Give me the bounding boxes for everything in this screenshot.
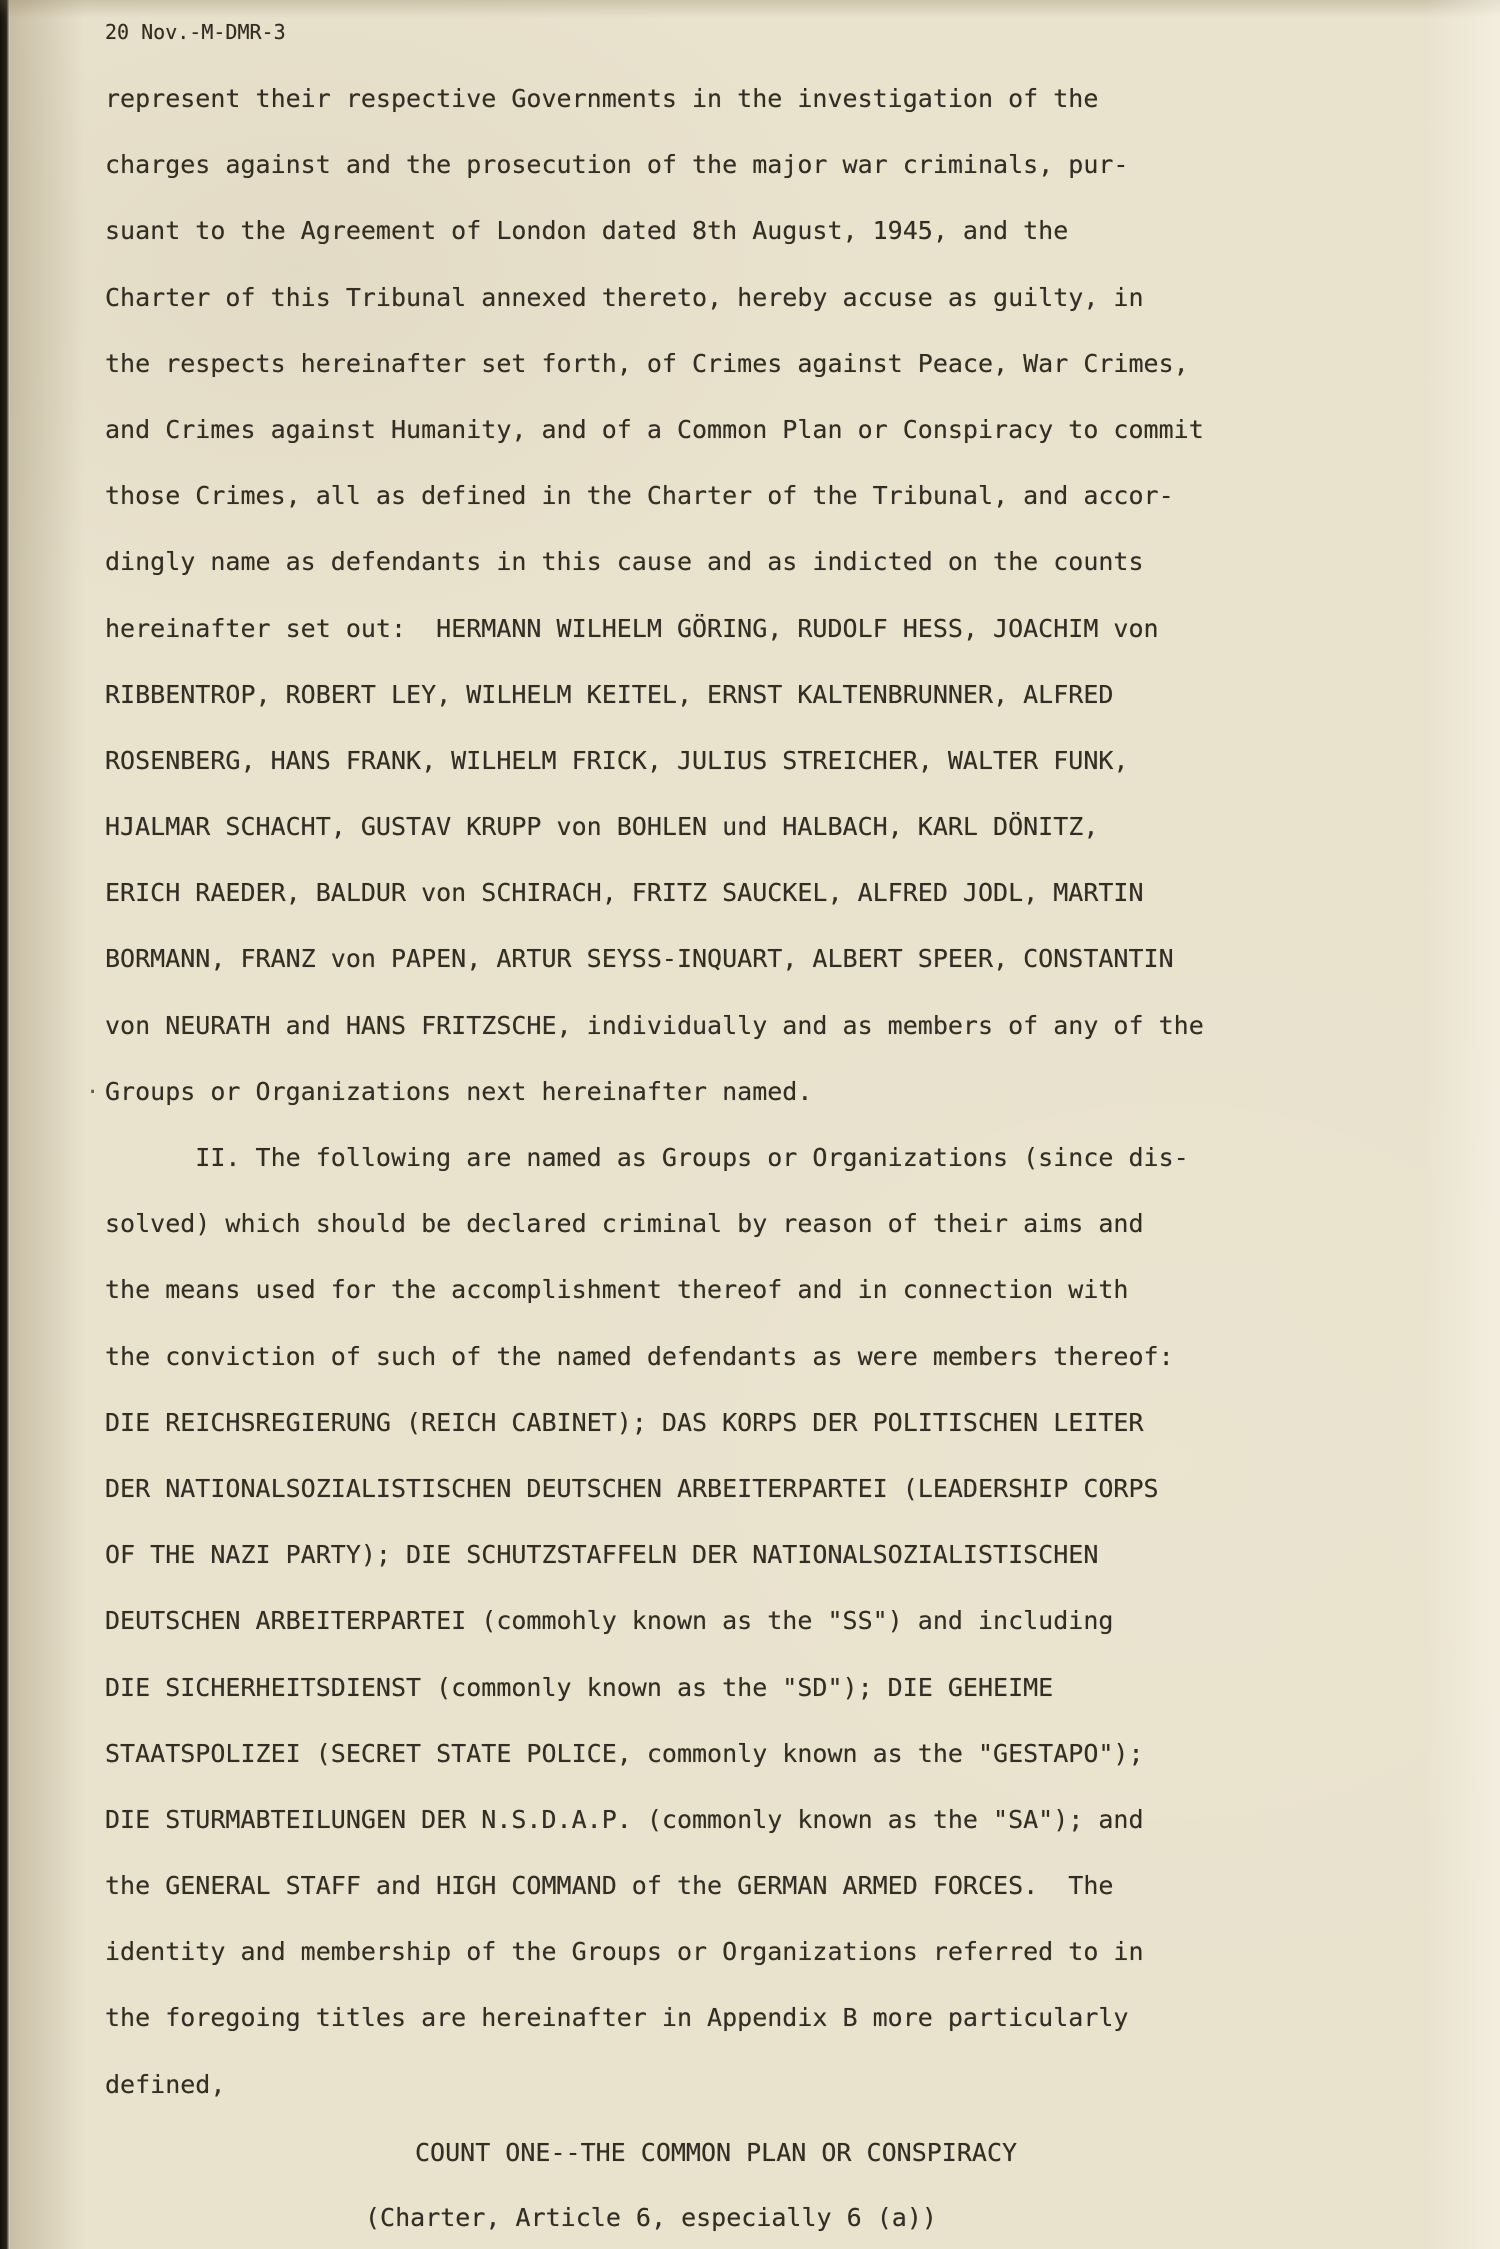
count-one-heading: COUNT ONE--THE COMMON PLAN OR CONSPIRACY	[415, 2138, 1017, 2167]
text-line: charges against and the prosecution of t…	[105, 132, 1204, 198]
text-line: solved) which should be declared crimina…	[105, 1191, 1204, 1257]
text-line: DER NATIONALSOZIALISTISCHEN DEUTSCHEN AR…	[105, 1456, 1204, 1522]
text-line: Charter of this Tribunal annexed thereto…	[105, 265, 1204, 331]
text-line: II. The following are named as Groups or…	[105, 1125, 1204, 1191]
paper-edge-left-shade	[10, 0, 85, 2249]
text-line: the foregoing titles are hereinafter in …	[105, 1985, 1204, 2051]
text-line: identity and membership of the Groups or…	[105, 1919, 1204, 1985]
text-line: DEUTSCHEN ARBEITERPARTEI (commohly known…	[105, 1588, 1204, 1654]
text-line: the respects hereinafter set forth, of C…	[105, 331, 1204, 397]
document-page: 20 Nov.-M-DMR-3 represent their respecti…	[0, 0, 1500, 2249]
text-line: defined,	[105, 2052, 1204, 2118]
text-line: von NEURATH and HANS FRITZSCHE, individu…	[105, 993, 1204, 1059]
paper-edge-left-dark	[0, 0, 10, 2249]
text-line: Groups or Organizations next hereinafter…	[105, 1059, 1204, 1125]
charter-reference: (Charter, Article 6, especially 6 (a))	[365, 2203, 937, 2232]
text-line: those Crimes, all as defined in the Char…	[105, 463, 1204, 529]
text-line: ERICH RAEDER, BALDUR von SCHIRACH, FRITZ…	[105, 860, 1204, 926]
text-line: hereinafter set out: HERMANN WILHELM GÖR…	[105, 596, 1204, 662]
paper-edge-right-light	[1425, 0, 1500, 2249]
text-line: DIE SICHERHEITSDIENST (commonly known as…	[105, 1655, 1204, 1721]
text-line: OF THE NAZI PARTY); DIE SCHUTZSTAFFELN D…	[105, 1522, 1204, 1588]
text-line: the conviction of such of the named defe…	[105, 1324, 1204, 1390]
stray-dot-mark: ·	[86, 1080, 99, 1105]
text-line: STAATSPOLIZEI (SECRET STATE POLICE, comm…	[105, 1721, 1204, 1787]
text-line: DIE REICHSREGIERUNG (REICH CABINET); DAS…	[105, 1390, 1204, 1456]
text-line: and Crimes against Humanity, and of a Co…	[105, 397, 1204, 463]
text-line: the GENERAL STAFF and HIGH COMMAND of th…	[105, 1853, 1204, 1919]
text-line: represent their respective Governments i…	[105, 66, 1204, 132]
text-line: DIE STURMABTEILUNGEN DER N.S.D.A.P. (com…	[105, 1787, 1204, 1853]
text-line: suant to the Agreement of London dated 8…	[105, 198, 1204, 264]
page-header: 20 Nov.-M-DMR-3	[105, 20, 286, 44]
body-text: represent their respective Governments i…	[105, 66, 1204, 2118]
text-line: HJALMAR SCHACHT, GUSTAV KRUPP von BOHLEN…	[105, 794, 1204, 860]
text-line: dingly name as defendants in this cause …	[105, 529, 1204, 595]
paper-edge-top-shade	[0, 0, 1500, 18]
text-line: BORMANN, FRANZ von PAPEN, ARTUR SEYSS-IN…	[105, 926, 1204, 992]
text-line: ROSENBERG, HANS FRANK, WILHELM FRICK, JU…	[105, 728, 1204, 794]
text-line: RIBBENTROP, ROBERT LEY, WILHELM KEITEL, …	[105, 662, 1204, 728]
text-line: the means used for the accomplishment th…	[105, 1257, 1204, 1323]
